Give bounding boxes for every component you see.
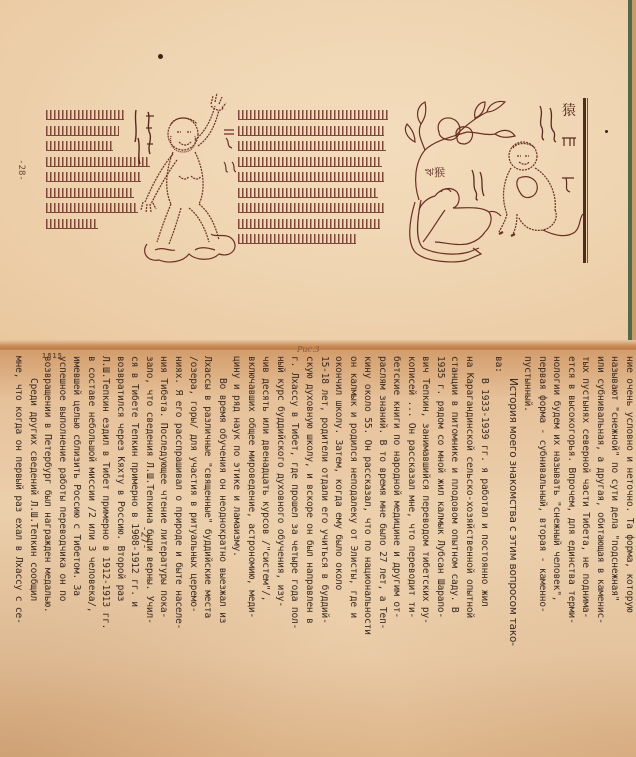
text-line: возвратился через Кяхту в Россию. Второй… [112, 356, 127, 756]
text-line: возвращении в Петербург был награжден ме… [40, 356, 55, 756]
figure-caption: Рис.3 [297, 345, 320, 354]
text-line: раслям знаний. В то время мне было 27 ле… [374, 356, 389, 756]
text-line: тых пустынях северной части Тибета, не п… [578, 356, 593, 756]
text-line: В 1933-1939 гг. я работал и постоянно жи… [476, 356, 491, 756]
text-line: ние очень условно и неточно. Та форма, к… [621, 356, 636, 756]
vertical-script-middle [468, 168, 488, 202]
text-line: ва: [491, 356, 506, 756]
text-line: ный курс буддийского духовного обучения,… [272, 356, 287, 756]
text-column: ние очень условно и неточно. Та форма, к… [10, 356, 636, 756]
text-line: зало, что сведения Л.Ш.Тепкина были верн… [141, 356, 156, 756]
text-line: ся в Тибете Тепкин примерно в 1908-1912 … [127, 356, 142, 756]
page-number-27: -27- [139, 525, 150, 549]
page-stamp: 1815 [42, 352, 63, 360]
page-number-28: -28- [6, 158, 26, 182]
text-line: он калмык и родился неподалеку от Элисты… [345, 356, 360, 756]
text-line: ния Тибета. Последующее чтение литератур… [156, 356, 171, 756]
text-line: чив десять или двенадцать курсов /"систе… [258, 356, 273, 756]
text-line: г. Лхассу в Тибет, где прошел за четыре … [287, 356, 302, 756]
text-line: называют "снежной" по сути дела "подснеж… [607, 356, 622, 756]
text-line: 15-18 лет, родители отдали его учиться в… [316, 356, 331, 756]
text-line: нологии будем их называть "снежный челов… [549, 356, 564, 756]
text-line: 1935 г. рядом со мной жил калмык Лубсан … [432, 356, 447, 756]
text-line: мне, что когда он первый раз ехал в Лхас… [10, 356, 25, 756]
tibetan-side-mark [222, 128, 236, 150]
text-line: скую духовную школу, и вскоре он был нап… [301, 356, 316, 756]
text-line: пустынный. [520, 356, 535, 756]
text-line: в составе небольшой миссии /2 или 3 чело… [83, 356, 98, 756]
text-line: Лхассы в различные "священные" буддийски… [200, 356, 215, 756]
text-line: на Карагандинской сельско-хозяйственной … [461, 356, 476, 756]
text-line: Во время обучения он неоднократно выезжа… [214, 356, 229, 756]
text-line: включавших общее мироведение, астрономию… [243, 356, 258, 756]
vertical-script-right [536, 104, 560, 144]
vertical-rule-thick [583, 98, 586, 263]
background-edge-strip [628, 0, 632, 346]
text-line: имевшей целью сблизить Россию с Тибетом.… [69, 356, 84, 756]
text-line: или субнивальная, а другая, обитающая в … [592, 356, 607, 756]
top-page-28: -28- [0, 0, 632, 346]
text-line: Среди других сведений Л.Ш.Тепкин сообщил [25, 356, 40, 756]
chinese-label-monkey: ঋ猴 [425, 166, 445, 179]
text-line: станции в питомнике и плодовом опытном с… [447, 356, 462, 756]
text-line: успешное выполнение работы переводчика о… [54, 356, 69, 756]
text-line: /озера, горы/ для участия в ритуальных ц… [185, 356, 200, 756]
wildman-figure-illustration [135, 92, 240, 272]
ink-spot [605, 130, 608, 133]
tibetan-label-right [560, 134, 580, 194]
text-line: кину около 55. Он рассказал, что по наци… [360, 356, 375, 756]
ink-spot [158, 54, 163, 59]
text-line: ниях. Я его расспрашивал о природе и быт… [171, 356, 186, 756]
text-line: окончил школу. Затем, когда ему было око… [331, 356, 346, 756]
text-line: ется в высокогорья. Впрочем, для единств… [563, 356, 578, 756]
text-line: бетские книги по народной медицине и дру… [389, 356, 404, 756]
text-line: История моего знакомства с этим вопросом… [505, 356, 520, 756]
russian-typewritten-text: ние очень условно и неточно. Та форма, к… [36, 356, 636, 756]
text-line: вич Тепкин, занимавшийся переводом тибет… [418, 356, 433, 756]
text-line: кописей ... Он рассказал мне, что перево… [403, 356, 418, 756]
vertical-rule-thin [587, 98, 588, 263]
text-line: первая форма - субнивальный, вторая - ка… [534, 356, 549, 756]
text-line: цину и ряд наук по этике и ламаизму. [229, 356, 244, 756]
text-line: Л.Ш.Тепкин ездил в Тибет примерно в 1912… [98, 356, 113, 756]
chinese-label-ape: 猿 [562, 100, 576, 120]
tibetan-text-block-middle [238, 108, 388, 248]
